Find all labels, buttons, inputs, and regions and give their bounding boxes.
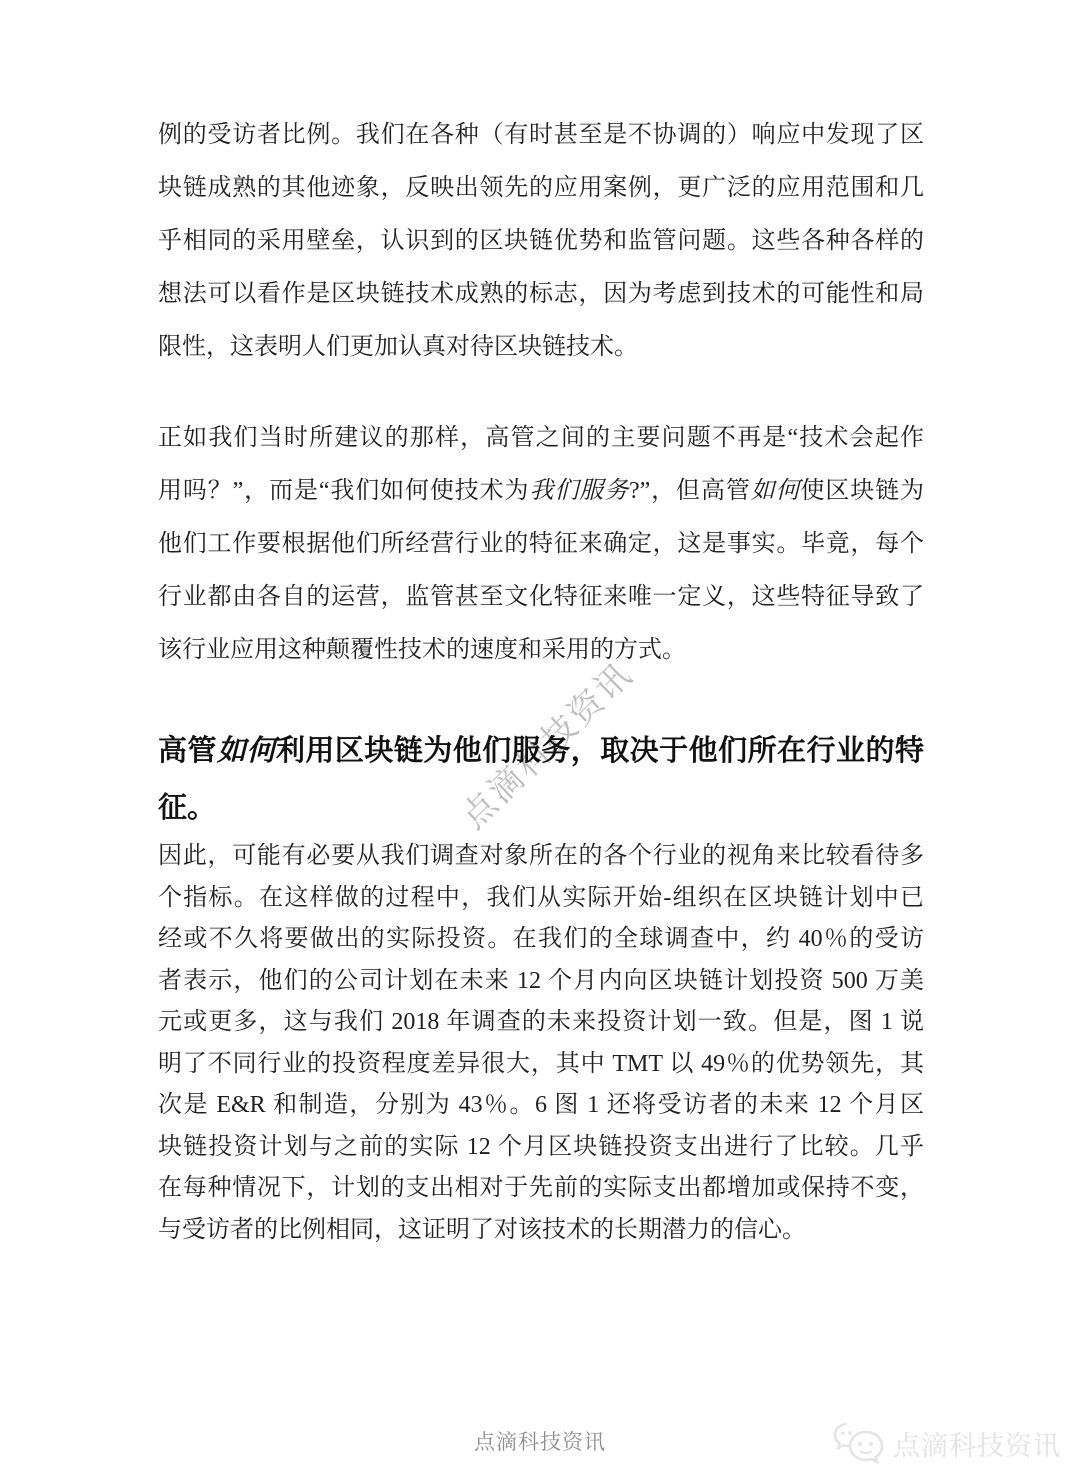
- document-page: 点滴科技资讯 例的受访者比例。我们在各种（有时甚至是不协调的）响应中发现了区块链…: [0, 0, 1080, 1467]
- section-heading: 高管如何利用区块链为他们服务，取决于他们所在行业的特征。: [158, 723, 924, 837]
- text-line: 者表示，他们的公司计划在未来 12 个月内向区块链计划投资 500 万美: [158, 961, 924, 1003]
- text-line: 块链投资计划与之前的实际 12 个月区块链投资支出进行了比较。几乎: [158, 1127, 924, 1169]
- text-line: 征。: [158, 780, 924, 837]
- text-line: 用吗？”，而是“我们如何使技术为我们服务?”，但高管如何使区块链为: [158, 465, 924, 518]
- text-line: 个指标。在这样做的过程中，我们从实际开始-组织在区块链计划中已: [158, 878, 924, 920]
- text-line: 行业都由各自的运营，监管甚至文化特征来唯一定义，这些特征导致了: [158, 571, 924, 624]
- text-line: 明了不同行业的投资程度差异很大，其中 TMT 以 49％的优势领先，其: [158, 1044, 924, 1086]
- text-line: 次是 E&R 和制造，分别为 43％。6 图 1 还将受访者的未来 12 个月区: [158, 1085, 924, 1127]
- text-line: 乎相同的采用壁垒，认识到的区块链优势和监管问题。这些各种各样的: [158, 215, 924, 268]
- footer-brand-watermark: 点滴科技资讯: [833, 1420, 1061, 1467]
- text-line: 因此，可能有必要从我们调查对象所在的各个行业的视角来比较看待多: [158, 836, 924, 878]
- footer-brand-name: 点滴科技资讯: [893, 1424, 1061, 1463]
- text-line: 例的受访者比例。我们在各种（有时甚至是不协调的）响应中发现了区: [158, 109, 924, 162]
- text-line: 在每种情况下，计划的支出相对于先前的实际支出都增加或保持不变，: [158, 1168, 924, 1210]
- chat-bubbles-icon: [833, 1420, 887, 1467]
- paragraph-1: 例的受访者比例。我们在各种（有时甚至是不协调的）响应中发现了区块链成熟的其他迹象…: [158, 109, 924, 374]
- text-line: 限性，这表明人们更加认真对待区块链技术。: [158, 321, 924, 374]
- text-line: 块链成熟的其他迹象，反映出领先的应用案例，更广泛的应用范围和几: [158, 162, 924, 215]
- text-line: 经或不久将要做出的实际投资。在我们的全球调查中，约 40％的受访: [158, 919, 924, 961]
- text-line: 他们工作要根据他们所经营行业的特征来确定，这是事实。毕竟，每个: [158, 518, 924, 571]
- text-line: 高管如何利用区块链为他们服务，取决于他们所在行业的特: [158, 723, 924, 780]
- paragraph-2: 正如我们当时所建议的那样，高管之间的主要问题不再是“技术会起作用吗？”，而是“我…: [158, 412, 924, 677]
- text-line: 想法可以看作是区块链技术成熟的标志，因为考虑到技术的可能性和局: [158, 268, 924, 321]
- paragraph-3: 因此，可能有必要从我们调查对象所在的各个行业的视角来比较看待多个指标。在这样做的…: [158, 836, 924, 1251]
- text-line: 正如我们当时所建议的那样，高管之间的主要问题不再是“技术会起作: [158, 412, 924, 465]
- text-line: 元或更多，这与我们 2018 年调查的未来投资计划一致。但是，图 1 说: [158, 1002, 924, 1044]
- text-line: 与受访者的比例相同，这证明了对该技术的长期潜力的信心。: [158, 1210, 924, 1252]
- text-line: 该行业应用这种颠覆性技术的速度和采用的方式。: [158, 624, 924, 677]
